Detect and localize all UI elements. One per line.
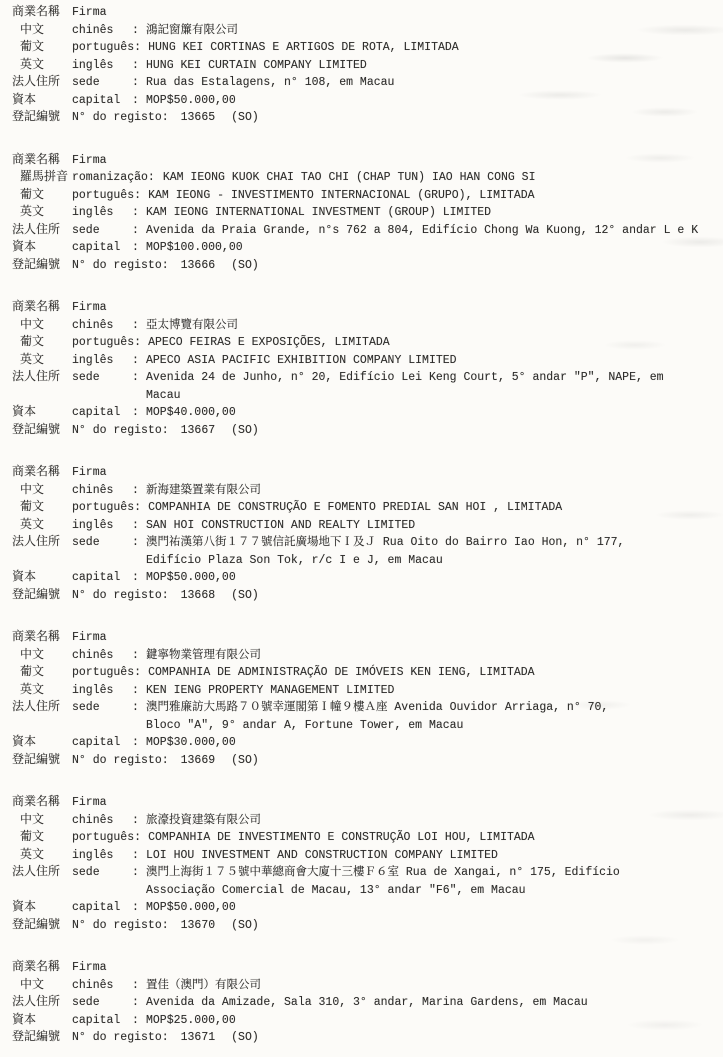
field-separator: :	[132, 352, 146, 370]
field-value: 鍵寧物業管理有限公司	[146, 647, 715, 665]
field-row: 中文chinês:鍵寧物業管理有限公司	[12, 647, 715, 665]
field-label-pt: sede	[72, 369, 132, 387]
registry-number: 13671	[181, 1029, 216, 1047]
field-row: 英文inglês:SAN HOI CONSTRUCTION AND REALTY…	[12, 517, 715, 535]
record-title-zh: 商業名稱	[12, 629, 72, 647]
field-row: 葡文português:KAM IEONG - INVESTIMENTO INT…	[12, 187, 715, 205]
field-label-zh: 英文	[12, 682, 72, 700]
field-row: 法人住所sede:澳門祐漢第八街１７７號信託廣場地下Ｉ及Ｊ Rua Oito d…	[12, 534, 715, 569]
record-title-row: 商業名稱Firma	[12, 629, 715, 647]
record-title-pt: Firma	[72, 299, 132, 317]
registry-number: 13668	[181, 587, 216, 605]
field-label-pt: capital	[72, 569, 132, 587]
field-label-zh: 資本	[12, 569, 72, 587]
field-row: 葡文português:COMPANHIA DE INVESTIMENTO E …	[12, 829, 715, 847]
field-label-zh: 資本	[12, 734, 72, 752]
record-title-zh: 商業名稱	[12, 152, 72, 170]
record-title-row: 商業名稱Firma	[12, 794, 715, 812]
field-separator: :	[132, 864, 146, 882]
registry-label-zh: 登記編號	[12, 109, 72, 127]
field-label-pt: inglês	[72, 517, 132, 535]
field-row: 英文inglês:KEN IENG PROPERTY MANAGEMENT LI…	[12, 682, 715, 700]
field-value: MOP$40.000,00	[146, 404, 715, 422]
record-title-zh: 商業名稱	[12, 4, 72, 22]
field-row: 資本capital:MOP$50.000,00	[12, 92, 715, 110]
field-separator: :	[134, 499, 148, 517]
field-row: 資本capital:MOP$40.000,00	[12, 404, 715, 422]
registry-row: 登記編號N° do registo:13669(SO)	[12, 752, 715, 770]
field-separator: :	[132, 222, 146, 240]
field-row: 葡文português:HUNG KEI CORTINAS E ARTIGOS …	[12, 39, 715, 57]
field-row: 法人住所sede:Rua das Estalagens, n° 108, em …	[12, 74, 715, 92]
field-row: 中文chinês:鴻記窗簾有限公司	[12, 22, 715, 40]
company-record: 商業名稱Firma中文chinês:亞太博覽有限公司葡文português:AP…	[12, 299, 715, 439]
field-value: Avenida da Amizade, Sala 310, 3° andar, …	[146, 994, 715, 1012]
field-label-pt: chinês	[72, 977, 132, 995]
field-value: MOP$30.000,00	[146, 734, 715, 752]
field-separator: :	[132, 517, 146, 535]
field-separator: :	[132, 57, 146, 75]
field-value: MOP$50.000,00	[146, 92, 715, 110]
field-label-zh: 葡文	[12, 39, 72, 57]
field-label-pt: chinês	[72, 317, 132, 335]
field-separator: :	[132, 22, 146, 40]
field-label-pt: chinês	[72, 647, 132, 665]
field-value: COMPANHIA DE ADMINISTRAÇÃO DE IMÓVEIS KE…	[148, 664, 715, 682]
field-row: 中文chinês:置佳（澳門）有限公司	[12, 977, 715, 995]
field-separator: :	[132, 74, 146, 92]
registry-label-pt: N° do registo:	[72, 1029, 169, 1047]
field-separator: :	[132, 204, 146, 222]
field-separator: :	[134, 39, 148, 57]
field-label-pt: chinês	[72, 812, 132, 830]
field-separator: :	[134, 829, 148, 847]
field-label-pt: sede	[72, 699, 132, 717]
field-label-pt: chinês	[72, 22, 132, 40]
field-label-zh: 法人住所	[12, 74, 72, 92]
field-value: KEN IENG PROPERTY MANAGEMENT LIMITED	[146, 682, 715, 700]
field-label-zh: 中文	[12, 482, 72, 500]
field-separator: :	[132, 847, 146, 865]
field-label-pt: português	[72, 39, 134, 57]
field-label-pt: sede	[72, 864, 132, 882]
field-separator: :	[132, 699, 146, 717]
field-row: 法人住所sede:Avenida 24 de Junho, n° 20, Edi…	[12, 369, 715, 404]
field-label-pt: sede	[72, 994, 132, 1012]
field-label-zh: 中文	[12, 977, 72, 995]
field-label-zh: 英文	[12, 352, 72, 370]
registry-suffix: (SO)	[231, 422, 259, 440]
field-row: 資本capital:MOP$100.000,00	[12, 239, 715, 257]
field-row: 法人住所sede:澳門上海街１７５號中華總商會大廈十三樓Ｆ６室 Rua de X…	[12, 864, 715, 899]
field-label-pt: capital	[72, 404, 132, 422]
field-label-zh: 葡文	[12, 829, 72, 847]
record-title-pt: Firma	[72, 152, 132, 170]
registry-row: 登記編號N° do registo:13670(SO)	[12, 917, 715, 935]
record-title-zh: 商業名稱	[12, 794, 72, 812]
field-label-zh: 英文	[12, 517, 72, 535]
registry-row: 登記編號N° do registo:13666(SO)	[12, 257, 715, 275]
field-label-zh: 法人住所	[12, 699, 72, 717]
record-title-row: 商業名稱Firma	[12, 959, 715, 977]
company-record: 商業名稱Firma中文chinês:置佳（澳門）有限公司法人住所sede:Ave…	[12, 959, 715, 1047]
registry-suffix: (SO)	[231, 109, 259, 127]
field-label-pt: português	[72, 829, 134, 847]
field-label-zh: 資本	[12, 239, 72, 257]
field-separator: :	[132, 977, 146, 995]
field-label-pt: chinês	[72, 482, 132, 500]
field-label-pt: português	[72, 499, 134, 517]
registry-number: 13667	[181, 422, 216, 440]
field-value: COMPANHIA DE CONSTRUÇÃO E FOMENTO PREDIA…	[148, 499, 715, 517]
record-title-row: 商業名稱Firma	[12, 4, 715, 22]
field-row: 中文chinês:亞太博覽有限公司	[12, 317, 715, 335]
registry-label-zh: 登記編號	[12, 917, 72, 935]
field-label-pt: romanização:	[72, 169, 155, 187]
field-label-zh: 中文	[12, 22, 72, 40]
field-separator: :	[132, 569, 146, 587]
field-row: 英文inglês:KAM IEONG INTERNATIONAL INVESTM…	[12, 204, 715, 222]
field-label-zh: 法人住所	[12, 369, 72, 387]
field-label-zh: 法人住所	[12, 864, 72, 882]
field-label-pt: português	[72, 664, 134, 682]
field-value: 亞太博覽有限公司	[146, 317, 715, 335]
field-value: 澳門祐漢第八街１７７號信託廣場地下Ｉ及Ｊ Rua Oito do Bairro …	[146, 534, 715, 569]
field-value: MOP$100.000,00	[146, 239, 715, 257]
registry-row: 登記編號N° do registo:13668(SO)	[12, 587, 715, 605]
field-label-pt: português	[72, 334, 134, 352]
field-label-zh: 羅馬拼音	[12, 169, 72, 187]
field-label-zh: 法人住所	[12, 994, 72, 1012]
registry-label-pt: N° do registo:	[72, 257, 169, 275]
field-value: APECO ASIA PACIFIC EXHIBITION COMPANY LI…	[146, 352, 715, 370]
registry-label-zh: 登記編號	[12, 257, 72, 275]
field-label-pt: capital	[72, 239, 132, 257]
field-value: COMPANHIA DE INVESTIMENTO E CONSTRUÇÃO L…	[148, 829, 715, 847]
field-separator: :	[132, 534, 146, 552]
field-separator: :	[134, 664, 148, 682]
record-title-pt: Firma	[72, 794, 132, 812]
company-record: 商業名稱Firma中文chinês:旅濠投資建築有限公司葡文português:…	[12, 794, 715, 934]
field-label-pt: inglês	[72, 352, 132, 370]
field-label-pt: inglês	[72, 57, 132, 75]
registry-label-pt: N° do registo:	[72, 752, 169, 770]
record-title-zh: 商業名稱	[12, 299, 72, 317]
field-row: 資本capital:MOP$50.000,00	[12, 569, 715, 587]
registry-row: 登記編號N° do registo:13665(SO)	[12, 109, 715, 127]
field-separator: :	[132, 369, 146, 387]
registry-number: 13670	[181, 917, 216, 935]
field-row: 英文inglês:HUNG KEI CURTAIN COMPANY LIMITE…	[12, 57, 715, 75]
record-title-pt: Firma	[72, 4, 132, 22]
field-separator: :	[132, 994, 146, 1012]
record-title-row: 商業名稱Firma	[12, 299, 715, 317]
field-label-pt: capital	[72, 1012, 132, 1030]
company-record: 商業名稱Firma羅馬拼音romanização:KAM IEONG KUOK …	[12, 152, 715, 275]
field-value: MOP$25.000,00	[146, 1012, 715, 1030]
field-value: SAN HOI CONSTRUCTION AND REALTY LIMITED	[146, 517, 715, 535]
field-label-zh: 中文	[12, 812, 72, 830]
field-value: 澳門雅廉訪大馬路７０號幸運閣第Ｉ幢９樓Ａ座 Avenida Ouvidor Ar…	[146, 699, 715, 734]
field-label-zh: 英文	[12, 204, 72, 222]
field-row: 英文inglês:LOI HOU INVESTMENT AND CONSTRUC…	[12, 847, 715, 865]
registry-suffix: (SO)	[231, 1029, 259, 1047]
field-value: KAM IEONG INTERNATIONAL INVESTMENT (GROU…	[146, 204, 715, 222]
field-label-pt: capital	[72, 734, 132, 752]
field-value: 旅濠投資建築有限公司	[146, 812, 715, 830]
field-label-zh: 葡文	[12, 334, 72, 352]
registry-label-pt: N° do registo:	[72, 587, 169, 605]
field-row: 英文inglês:APECO ASIA PACIFIC EXHIBITION C…	[12, 352, 715, 370]
field-label-pt: capital	[72, 92, 132, 110]
field-row: 資本capital:MOP$30.000,00	[12, 734, 715, 752]
field-separator: :	[132, 682, 146, 700]
field-label-pt: sede	[72, 222, 132, 240]
field-value: Avenida 24 de Junho, n° 20, Edifício Lei…	[146, 369, 715, 404]
registry-number: 13666	[181, 257, 216, 275]
field-row: 中文chinês:新海建築置業有限公司	[12, 482, 715, 500]
field-label-zh: 葡文	[12, 664, 72, 682]
registry-label-pt: N° do registo:	[72, 109, 169, 127]
field-label-pt: capital	[72, 899, 132, 917]
company-record: 商業名稱Firma中文chinês:鍵寧物業管理有限公司葡文português:…	[12, 629, 715, 769]
record-title-zh: 商業名稱	[12, 464, 72, 482]
field-value: Rua das Estalagens, n° 108, em Macau	[146, 74, 715, 92]
registry-label-pt: N° do registo:	[72, 422, 169, 440]
record-title-zh: 商業名稱	[12, 959, 72, 977]
field-separator: :	[132, 647, 146, 665]
field-label-pt: sede	[72, 74, 132, 92]
field-label-pt: inglês	[72, 682, 132, 700]
field-row: 資本capital:MOP$50.000,00	[12, 899, 715, 917]
field-value: 新海建築置業有限公司	[146, 482, 715, 500]
record-title-row: 商業名稱Firma	[12, 464, 715, 482]
field-row: 中文chinês:旅濠投資建築有限公司	[12, 812, 715, 830]
registry-row: 登記編號N° do registo:13671(SO)	[12, 1029, 715, 1047]
field-value: 置佳（澳門）有限公司	[146, 977, 715, 995]
field-value: KAM IEONG - INVESTIMENTO INTERNACIONAL (…	[148, 187, 715, 205]
field-value: HUNG KEI CURTAIN COMPANY LIMITED	[146, 57, 715, 75]
registry-suffix: (SO)	[231, 917, 259, 935]
field-row: 葡文português:APECO FEIRAS E EXPOSIÇÕES, L…	[12, 334, 715, 352]
field-label-zh: 葡文	[12, 499, 72, 517]
field-row: 法人住所sede:Avenida da Praia Grande, n°s 76…	[12, 222, 715, 240]
field-value: HUNG KEI CORTINAS E ARTIGOS DE ROTA, LIM…	[148, 39, 715, 57]
field-separator: :	[134, 334, 148, 352]
registry-suffix: (SO)	[231, 587, 259, 605]
field-label-zh: 資本	[12, 899, 72, 917]
field-value: MOP$50.000,00	[146, 569, 715, 587]
field-separator: :	[132, 1012, 146, 1030]
company-record: 商業名稱Firma中文chinês:新海建築置業有限公司葡文português:…	[12, 464, 715, 604]
registry-suffix: (SO)	[231, 257, 259, 275]
registry-suffix: (SO)	[231, 752, 259, 770]
field-label-zh: 英文	[12, 57, 72, 75]
field-value: 鴻記窗簾有限公司	[146, 22, 715, 40]
registry-number: 13669	[181, 752, 216, 770]
registry-label-zh: 登記編號	[12, 752, 72, 770]
registry-number: 13665	[181, 109, 216, 127]
field-row: 葡文português:COMPANHIA DE ADMINISTRAÇÃO D…	[12, 664, 715, 682]
record-title-pt: Firma	[72, 629, 132, 647]
field-separator: :	[134, 187, 148, 205]
field-row: 羅馬拼音romanização:KAM IEONG KUOK CHAI TAO …	[12, 169, 715, 187]
registry-page: 商業名稱Firma中文chinês:鴻記窗簾有限公司葡文português:HU…	[0, 0, 723, 1047]
registry-label-zh: 登記編號	[12, 587, 72, 605]
field-row: 法人住所sede:澳門雅廉訪大馬路７０號幸運閣第Ｉ幢９樓Ａ座 Avenida O…	[12, 699, 715, 734]
field-label-pt: inglês	[72, 847, 132, 865]
field-separator: :	[132, 812, 146, 830]
field-label-zh: 法人住所	[12, 534, 72, 552]
registry-row: 登記編號N° do registo:13667(SO)	[12, 422, 715, 440]
field-label-zh: 資本	[12, 404, 72, 422]
field-label-zh: 資本	[12, 1012, 72, 1030]
field-label-zh: 葡文	[12, 187, 72, 205]
field-separator: :	[132, 899, 146, 917]
registry-label-pt: N° do registo:	[72, 917, 169, 935]
field-label-zh: 英文	[12, 847, 72, 865]
field-separator: :	[132, 404, 146, 422]
field-label-pt: sede	[72, 534, 132, 552]
field-label-zh: 資本	[12, 92, 72, 110]
field-value: KAM IEONG KUOK CHAI TAO CHI (CHAP TUN) I…	[163, 169, 715, 187]
field-row: 法人住所sede:Avenida da Amizade, Sala 310, 3…	[12, 994, 715, 1012]
field-label-zh: 中文	[12, 647, 72, 665]
field-separator: :	[132, 317, 146, 335]
record-title-pt: Firma	[72, 959, 132, 977]
field-separator: :	[132, 734, 146, 752]
registry-label-zh: 登記編號	[12, 1029, 72, 1047]
field-value: APECO FEIRAS E EXPOSIÇÕES, LIMITADA	[148, 334, 715, 352]
company-record: 商業名稱Firma中文chinês:鴻記窗簾有限公司葡文português:HU…	[12, 4, 715, 127]
field-label-pt: português	[72, 187, 134, 205]
field-separator: :	[132, 92, 146, 110]
field-separator: :	[132, 239, 146, 257]
field-value: LOI HOU INVESTMENT AND CONSTRUCTION COMP…	[146, 847, 715, 865]
field-separator: :	[132, 482, 146, 500]
field-label-zh: 法人住所	[12, 222, 72, 240]
record-title-pt: Firma	[72, 464, 132, 482]
record-title-row: 商業名稱Firma	[12, 152, 715, 170]
field-row: 葡文português:COMPANHIA DE CONSTRUÇÃO E FO…	[12, 499, 715, 517]
registry-label-zh: 登記編號	[12, 422, 72, 440]
field-value: 澳門上海街１７５號中華總商會大廈十三樓Ｆ６室 Rua de Xangai, n°…	[146, 864, 715, 899]
field-row: 資本capital:MOP$25.000,00	[12, 1012, 715, 1030]
field-label-zh: 中文	[12, 317, 72, 335]
field-value: MOP$50.000,00	[146, 899, 715, 917]
field-value: Avenida da Praia Grande, n°s 762 a 804, …	[146, 222, 715, 240]
field-label-pt: inglês	[72, 204, 132, 222]
